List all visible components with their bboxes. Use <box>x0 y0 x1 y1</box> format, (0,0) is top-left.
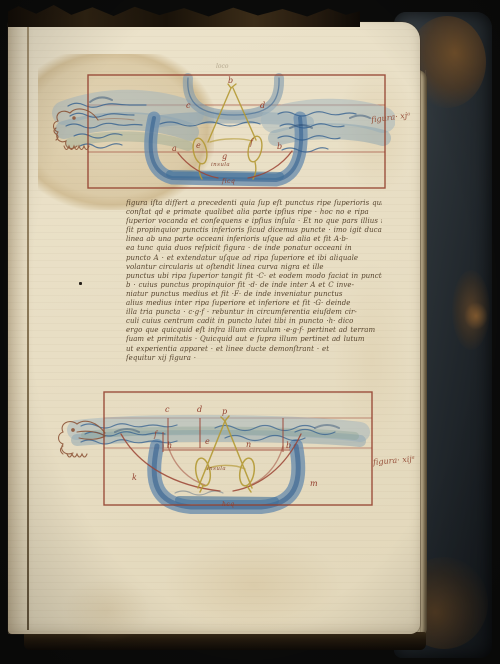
point-label-d: d <box>260 102 265 110</box>
ink-dot <box>79 282 82 285</box>
point-label-p: p <box>222 408 227 416</box>
faint-bleedthrough-label: loco <box>216 64 229 70</box>
point-label-e: e <box>205 438 210 446</box>
cover-wear-patch <box>464 302 488 330</box>
point-label-c: c <box>186 102 190 110</box>
point-label-d: d <box>197 406 202 414</box>
point-label-n: n <box>246 441 251 449</box>
spine-frayed-headband <box>8 5 360 27</box>
point-label-b: b <box>228 77 233 85</box>
manuscript-text-line: puncto A · et extendatur uſque ad ripa ſ… <box>126 254 382 263</box>
manuscript-text-line: illa tria puncta · c·g·f · rebuntur in c… <box>126 308 382 317</box>
parchment-stain <box>166 538 342 632</box>
figure-caption: ficq <box>222 179 235 185</box>
figure-11-labels: locobcdaefbginsulaficq <box>50 58 395 206</box>
manuscript-text-line: alius medius inter ripa ſuperiore et inf… <box>126 299 382 308</box>
manuscript-text-line: ea tunc quia duos reſpicit figura · de i… <box>126 244 382 253</box>
point-label-h: h <box>167 442 172 450</box>
manuscript-text-line: punctus ubi ripa ſuperior tangit fit ·C·… <box>126 272 382 281</box>
point-label-b: b <box>286 442 291 450</box>
point-label-b2: b <box>277 143 282 151</box>
gutter-fold-line <box>27 26 29 630</box>
manuscript-text-line: ſequitur xij figura · <box>126 354 382 363</box>
manuscript-text-line: ſuperior vocanda et conſequens e ipſius … <box>126 217 382 226</box>
point-label-k: k <box>132 474 137 482</box>
manuscript-text-line: ſit propinquior punctis inferioris ſicud… <box>126 226 382 235</box>
point-label-m: m <box>310 480 318 488</box>
figure-12-labels: cdpfhenbkminsulahcq <box>55 388 385 528</box>
manuscript-text-line: ergo que quicquid eſt infra illum circul… <box>126 326 382 335</box>
manuscript-text-line: linea ab una parte occeani inferioris uſ… <box>126 235 382 244</box>
book-bottom-board-edge <box>24 632 426 650</box>
photograph-of-open-manuscript-book: locobcdaefbginsulaficq figura· xjᵃ figur… <box>0 0 500 664</box>
island-label: insula <box>207 467 226 473</box>
manuscript-text-line: ſuam et primitatis · Quicquid aut e ſupr… <box>126 335 382 344</box>
manuscript-text-line: volantur circularis ut oſtendit linea cu… <box>126 263 382 272</box>
point-label-c: c <box>165 406 169 414</box>
figure-caption: hcq <box>222 502 235 508</box>
manuscript-text-line: conſtat qd e primate qualibet alia parte… <box>126 208 382 217</box>
point-label-a: a <box>172 145 177 153</box>
island-label: insula <box>211 163 230 169</box>
point-label-f: f <box>154 431 157 439</box>
manuscript-text-line: niatur punctus medius et fit ·F· de inde… <box>126 290 382 299</box>
point-label-f: f <box>250 139 253 147</box>
manuscript-text-block: figura iſta differt a precedenti quia ſu… <box>126 199 382 363</box>
point-label-e: e <box>196 142 201 150</box>
manuscript-text-line: ut experientia apparet · et linee ducte … <box>126 345 382 354</box>
parchment-stain <box>64 578 150 642</box>
manuscript-text-line: culi cuius centrum cadit in puncto lutei… <box>126 317 382 326</box>
manuscript-text-line: b · cuius punctus propinquior fit ·d· de… <box>126 281 382 290</box>
point-label-g: g <box>222 153 227 161</box>
